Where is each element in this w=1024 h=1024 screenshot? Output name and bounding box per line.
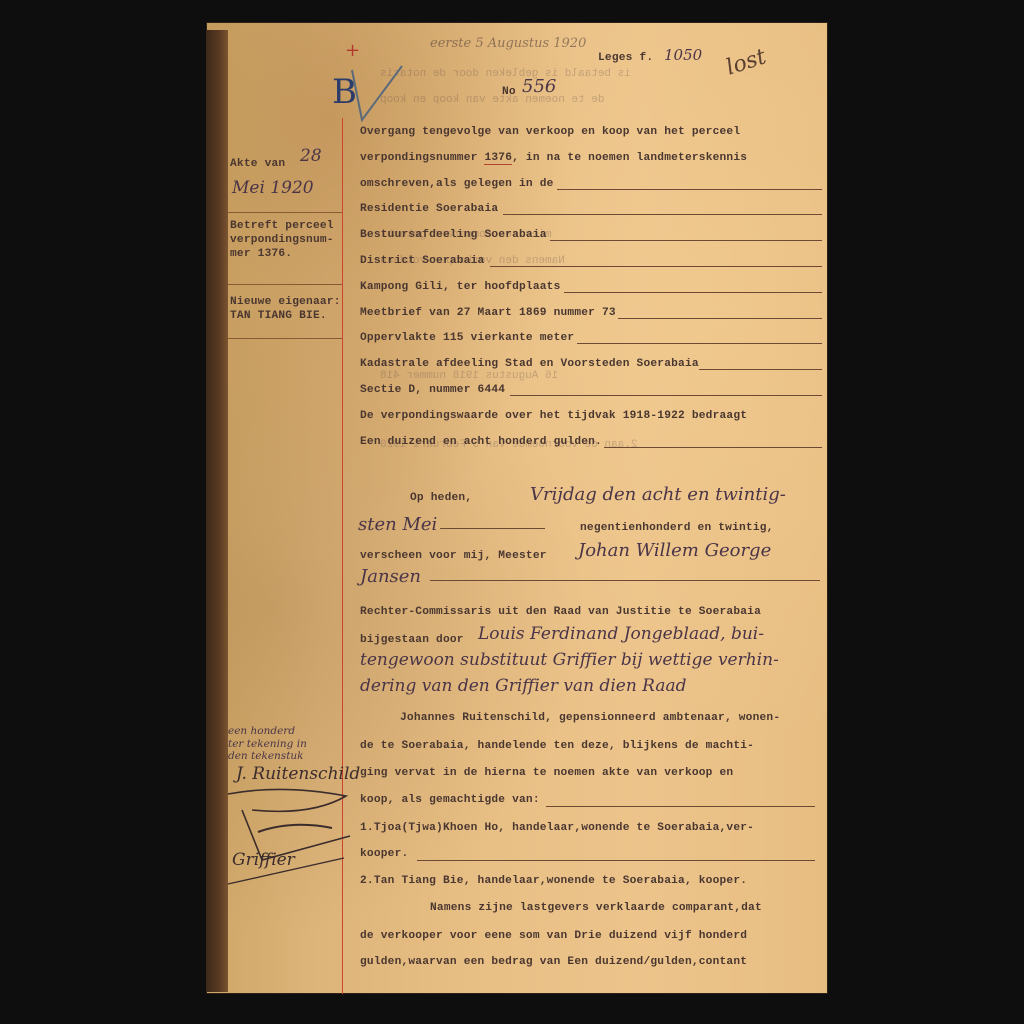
op-heden: Op heden,	[410, 492, 472, 504]
margin-signature-note-1: een honderd	[228, 726, 295, 737]
declaration-line: de verkooper voor eene som van Drie duiz…	[360, 930, 747, 942]
margin-akte-date: Mei 1920	[232, 178, 314, 198]
description-line: Kampong Gili, ter hoofdplaats	[360, 281, 561, 293]
description-line: omschreven,als gelegen in de	[360, 178, 554, 190]
party-line: 2.Tan Tiang Bie, handelaar,wonende te So…	[360, 875, 747, 887]
declaration-line: gulden,waarvan een bedrag van Een duizen…	[360, 956, 747, 968]
notary-handwritten-1: Johan Willem George	[578, 540, 771, 561]
fill-line	[564, 292, 822, 293]
description-line: De verpondingswaarde over het tijdvak 19…	[360, 410, 747, 422]
fill-line	[699, 369, 822, 370]
fill-line	[503, 214, 822, 215]
party-line: 1.Tjoa(Tjwa)Khoen Ho, handelaar,wonende …	[360, 822, 754, 834]
margin-divider	[228, 284, 342, 285]
red-cross-mark: +	[345, 40, 360, 61]
fill-line	[430, 580, 820, 581]
fill-line	[417, 860, 815, 861]
clerk-handwritten-3: dering van den Griffier van dien Raad	[360, 676, 687, 696]
handwritten-top-date: eerste 5 Augustus 1920	[430, 36, 586, 51]
party-line: Johannes Ruitenschild, gepensionneerd am…	[400, 712, 780, 724]
margin-akte-day: 28	[300, 146, 322, 166]
signature-griffier: Griffier	[232, 850, 295, 870]
margin-eigenaar-value: TAN TIANG BIE.	[230, 310, 327, 322]
year-typed: negentienhonderd en twintig,	[580, 522, 774, 534]
description-line: Meetbrief van 27 Maart 1869 nummer 73	[360, 307, 616, 319]
description-line: Bestuursafdeeling Soerabaia	[360, 229, 547, 241]
description-line: Kadastrale afdeeling Stad en Voorsteden …	[360, 358, 699, 370]
party-line: ging vervat in de hierna te noemen akte …	[360, 767, 733, 779]
description-line: Oppervlakte 115 vierkante meter	[360, 332, 574, 344]
description-line: District Soerabaia	[360, 255, 484, 267]
fill-line	[490, 266, 823, 267]
declaration-line: Namens zijne lastgevers verklaarde compa…	[430, 902, 762, 914]
margin-betreft-3: mer 1376.	[230, 248, 292, 260]
fill-line	[557, 189, 822, 190]
bleed-through-text: is betaald is gebleken door de notaris	[380, 68, 631, 80]
leges-value: 1050	[664, 46, 702, 64]
fill-line	[510, 395, 822, 396]
margin-signature-note-3: den tekenstuk	[228, 750, 304, 762]
fill-line	[618, 318, 822, 319]
party-line: koop, als gemachtigde van:	[360, 794, 540, 806]
description-line: Een duizend en acht honderd gulden.	[360, 436, 602, 448]
bijgestaan-text: bijgestaan door	[360, 634, 464, 646]
party-line: kooper.	[360, 848, 408, 860]
bleed-through-text: de te noemen akte van koop en koop	[380, 94, 604, 106]
number-value: 556	[522, 76, 556, 97]
margin-betreft-2: verpondingsnum-	[230, 234, 334, 246]
date-handwritten-2: sten Mei	[358, 514, 437, 535]
description-line: verpondingsnummer 1376, in na te noemen …	[360, 152, 747, 164]
notary-handwritten-2: Jansen	[360, 566, 421, 587]
margin-akte-label: Akte van	[230, 158, 285, 170]
leges-label: Leges f.	[598, 52, 653, 64]
rechter-line: Rechter-Commissaris uit den Raad van Jus…	[360, 606, 761, 618]
party-line: de te Soerabaia, handelende ten deze, bl…	[360, 740, 754, 752]
clerk-handwritten-2: tengewoon substituut Griffier bij wettig…	[360, 650, 779, 670]
description-line: Residentie Soerabaia	[360, 203, 498, 215]
check-mark-icon	[340, 60, 410, 130]
date-handwritten-1: Vrijdag den acht en twintig-	[530, 484, 786, 505]
margin-betreft-1: Betreft perceel	[230, 220, 334, 232]
fill-line	[604, 447, 822, 448]
clerk-handwritten-1: Louis Ferdinand Jongeblaad, bui-	[478, 624, 764, 644]
fill-line	[550, 240, 822, 241]
underlined-number: 1376	[484, 152, 512, 165]
margin-divider	[228, 212, 342, 213]
margin-signature-note-2: ter tekening in	[228, 738, 307, 750]
description-line: Sectie D, nummer 6444	[360, 384, 505, 396]
margin-eigenaar-label: Nieuwe eigenaar:	[230, 296, 341, 308]
description-line: Overgang tengevolge van verkoop en koop …	[360, 126, 740, 138]
fill-line	[577, 343, 822, 344]
fill-line	[440, 528, 545, 529]
number-label: No	[502, 86, 516, 98]
verscheen-text: verscheen voor mij, Meester	[360, 550, 547, 562]
fill-line	[546, 806, 816, 807]
margin-divider	[228, 338, 342, 339]
bleed-through-text: 16 Augustus 1918 nummer 418	[380, 370, 558, 382]
